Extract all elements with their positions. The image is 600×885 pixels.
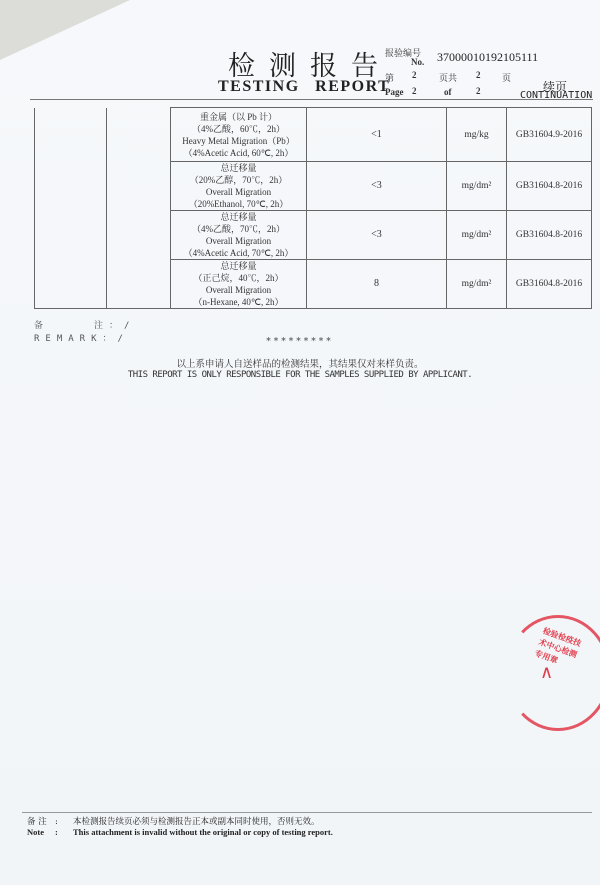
page-total: 2 <box>476 86 481 96</box>
test-item-line: （20%乙醇，70℃，2h） <box>171 174 306 186</box>
unit-cell: mg/dm² <box>447 260 507 309</box>
method-cell: GB31604.8-2016 <box>507 260 592 309</box>
seal-emblem-icon: ∧ <box>540 662 553 683</box>
method-cell: GB31604.9-2016 <box>507 108 592 162</box>
footer-note-cn: 备 注:本检测报告续页必须与检测报告正本或副本同时使用，否则无效。 <box>27 815 320 827</box>
statement-cn: 以上系申请人自送样品的检测结果，其结果仅对来样负责。 <box>0 356 600 370</box>
page-current-cn: 2 <box>412 70 417 80</box>
report-title-en: TESTING REPORT <box>218 78 390 96</box>
sample-name-cell <box>35 108 107 309</box>
table-row: 重金属（以 Pb 计）（4%乙酸，60℃，2h）Heavy Metal Migr… <box>35 108 592 162</box>
page-of: of <box>444 87 452 97</box>
page-total-label-cn: 页共 <box>439 71 457 84</box>
test-item-line: （4%乙酸，70℃，2h） <box>171 223 306 235</box>
test-item-line: （4%乙酸，60℃，2h） <box>171 123 306 135</box>
test-item-line: （20%Ethanol, 70℃, 2h） <box>171 198 306 210</box>
unit-cell: mg/dm² <box>447 211 507 260</box>
header-divider <box>30 99 593 100</box>
footer-note-en: Note:This attachment is invalid without … <box>27 827 333 837</box>
test-item-line: （4%Acetic Acid, 60℃, 2h） <box>171 147 306 159</box>
result-cell: <3 <box>307 162 447 211</box>
remark-cn: 备 注：/ <box>34 318 135 331</box>
test-item-cell: 总迁移量（正己烷，40℃，2h）Overall Migration（n-Hexa… <box>171 260 307 309</box>
report-no-label-en: No. <box>411 57 424 67</box>
page-suffix-cn: 页 <box>502 71 511 84</box>
test-item-line: Heavy Metal Migration（Pb） <box>171 135 306 147</box>
report-number: 37000010192105111 <box>437 50 538 65</box>
statement-en: THIS REPORT IS ONLY RESPONSIBLE FOR THE … <box>0 370 600 380</box>
footer-label-cn: 备 注 <box>27 815 55 827</box>
test-item-line: Overall Migration <box>171 186 306 198</box>
footer-text-cn: 本检测报告续页必须与检测报告正本或副本同时使用，否则无效。 <box>73 817 320 827</box>
footer-colon: : <box>55 827 73 837</box>
result-cell: 8 <box>307 260 447 309</box>
test-item-line: （n-Hexane, 40℃, 2h） <box>171 296 306 308</box>
method-cell: GB31604.8-2016 <box>507 162 592 211</box>
test-item-cell: 重金属（以 Pb 计）（4%乙酸，60℃，2h）Heavy Metal Migr… <box>171 108 307 162</box>
sample-spec-cell <box>107 108 171 309</box>
test-item-line: Overall Migration <box>171 235 306 247</box>
page-label-cn: 第 <box>385 71 394 84</box>
method-cell: GB31604.8-2016 <box>507 211 592 260</box>
separator-stars: ********* <box>0 337 600 347</box>
test-item-line: 总迁移量 <box>171 260 306 272</box>
test-item-line: 总迁移量 <box>171 211 306 223</box>
test-item-line: （正己烷，40℃，2h） <box>171 272 306 284</box>
page-label-en: Page <box>385 87 404 97</box>
test-item-line: （4%Acetic Acid, 70℃, 2h） <box>171 247 306 259</box>
test-item-line: 重金属（以 Pb 计） <box>171 111 306 123</box>
footer-text-en: This attachment is invalid without the o… <box>73 827 333 837</box>
footer-label-en: Note <box>27 827 55 837</box>
footer-colon: : <box>55 817 73 827</box>
test-item-cell: 总迁移量（4%乙酸，70℃，2h）Overall Migration（4%Ace… <box>171 211 307 260</box>
page-total-cn: 2 <box>476 70 481 80</box>
footer-divider <box>22 812 592 813</box>
result-cell: <3 <box>307 211 447 260</box>
test-item-line: 总迁移量 <box>171 162 306 174</box>
unit-cell: mg/dm² <box>447 162 507 211</box>
test-item-cell: 总迁移量（20%乙醇，70℃，2h）Overall Migration（20%E… <box>171 162 307 211</box>
test-item-line: Overall Migration <box>171 284 306 296</box>
result-cell: <1 <box>307 108 447 162</box>
results-table: 重金属（以 Pb 计）（4%乙酸，60℃，2h）Heavy Metal Migr… <box>34 107 592 309</box>
unit-cell: mg/kg <box>447 108 507 162</box>
page-current: 2 <box>412 86 417 96</box>
